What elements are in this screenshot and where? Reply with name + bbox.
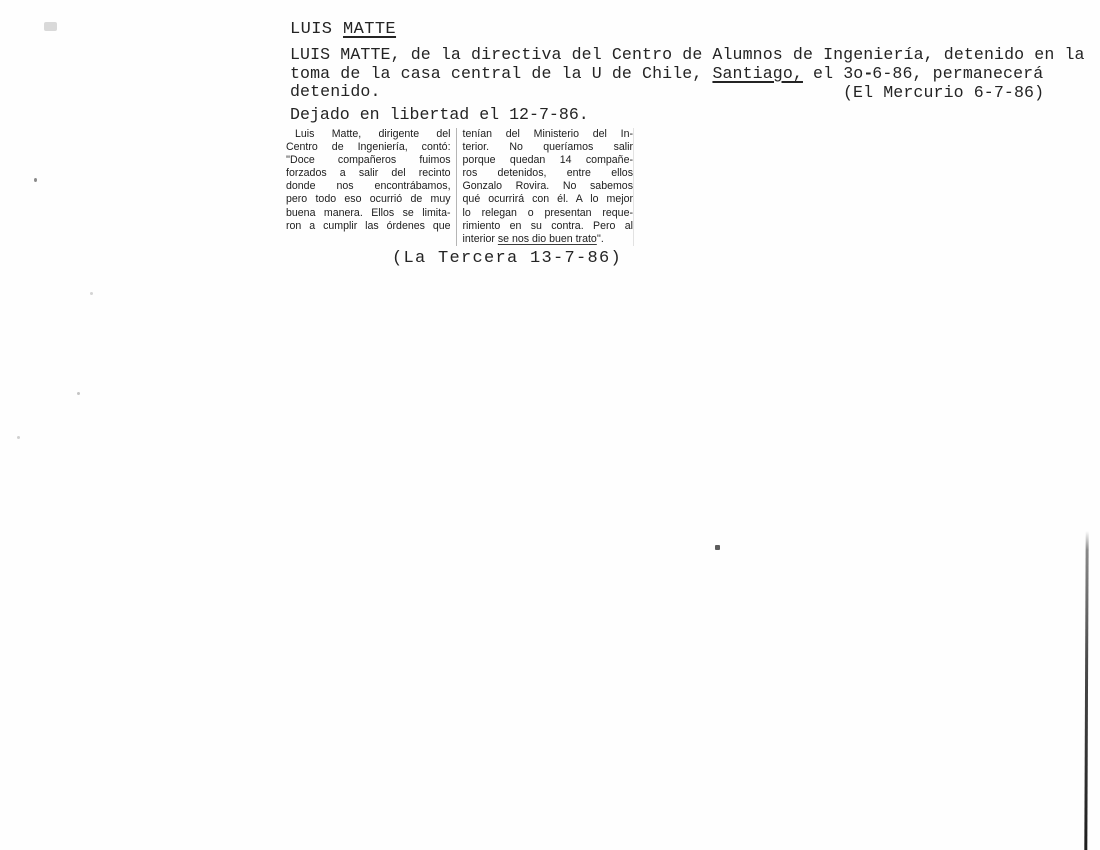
clip-line: donde nos encontrábamos,	[286, 180, 451, 193]
line2-mid: el 3o	[803, 64, 863, 83]
tercera-source-citation: (La Tercera 13-7-86)	[392, 249, 622, 268]
newspaper-clipping: Luis Matte, dirigente delCentro de Ingen…	[286, 128, 634, 246]
document-title: LUIS MATTE	[290, 20, 396, 39]
clip-line: qué ocurrirá con él. A lo mejor	[463, 193, 633, 206]
scan-speck	[715, 545, 720, 550]
release-line: Dejado en libertad el 12-7-86.	[290, 105, 589, 124]
line2-pre: toma de la casa central de la U de Chile…	[290, 64, 712, 83]
clip-line: porque quedan 14 compañe-	[463, 154, 633, 167]
paragraph-line-2: toma de la casa central de la U de Chile…	[290, 65, 1085, 84]
title-underlined-name: MATTE	[343, 20, 396, 39]
line2-end: 6-86, permanecerá	[872, 64, 1043, 83]
title-plain: LUIS	[290, 20, 343, 39]
scan-speck	[17, 436, 20, 439]
mercurio-source-citation: (El Mercurio 6-7-86)	[843, 84, 1044, 103]
clipping-last-line: interior se nos dio buen trato''.	[463, 233, 633, 246]
clip-line: Gonzalo Rovira. No sabemos	[463, 180, 633, 193]
paragraph-line-3: detenido.(El Mercurio 6-7-86)	[290, 83, 1085, 102]
line2-overstruck-dash: -	[863, 64, 872, 83]
clipping-column-left: Luis Matte, dirigente delCentro de Ingen…	[286, 128, 456, 246]
scan-edge-artifact-line	[1084, 531, 1088, 850]
last-line-pre: interior	[463, 233, 498, 245]
clip-line: pero todo eso ocurrió de muy	[286, 193, 451, 206]
clip-line: ron a cumplir las órdenes que	[286, 220, 451, 233]
clipping-column-right: tenían del Ministerio del In-terior. No …	[456, 128, 634, 246]
paragraph-line-1: LUIS MATTE, de la directiva del Centro d…	[290, 46, 1085, 65]
clip-line: buena manera. Ellos se limita-	[286, 207, 451, 220]
line3-text: detenido.	[290, 82, 381, 101]
clip-line: ros detenidos, entre ellos	[463, 167, 633, 180]
scan-speck	[44, 22, 57, 31]
clip-line: forzados a salir del recinto	[286, 167, 451, 180]
scan-speck	[90, 292, 93, 295]
scan-speck	[34, 178, 37, 182]
clip-line: lo relegan o presentan reque-	[463, 207, 633, 220]
scanned-document-page: { "document": { "title": { "plain": "LUI…	[0, 0, 1100, 850]
clip-line: tenían del Ministerio del In-	[463, 128, 633, 141]
clip-line: terior. No queríamos salir	[463, 141, 633, 154]
clip-line: ''Doce compañeros fuimos	[286, 154, 451, 167]
clip-line: Luis Matte, dirigente del	[286, 128, 451, 141]
clipping-right-lines: tenían del Ministerio del In-terior. No …	[463, 128, 633, 233]
line2-underlined-city: Santiago,	[712, 64, 803, 83]
last-line-underlined: se nos dio buen trato	[498, 233, 597, 245]
clip-line: Centro de Ingeniería, contó:	[286, 141, 451, 154]
main-paragraph: LUIS MATTE, de la directiva del Centro d…	[290, 46, 1085, 102]
clip-line: rimiento en su contra. Pero al	[463, 220, 633, 233]
scan-speck	[77, 392, 80, 395]
last-line-post: ''.	[597, 233, 604, 245]
